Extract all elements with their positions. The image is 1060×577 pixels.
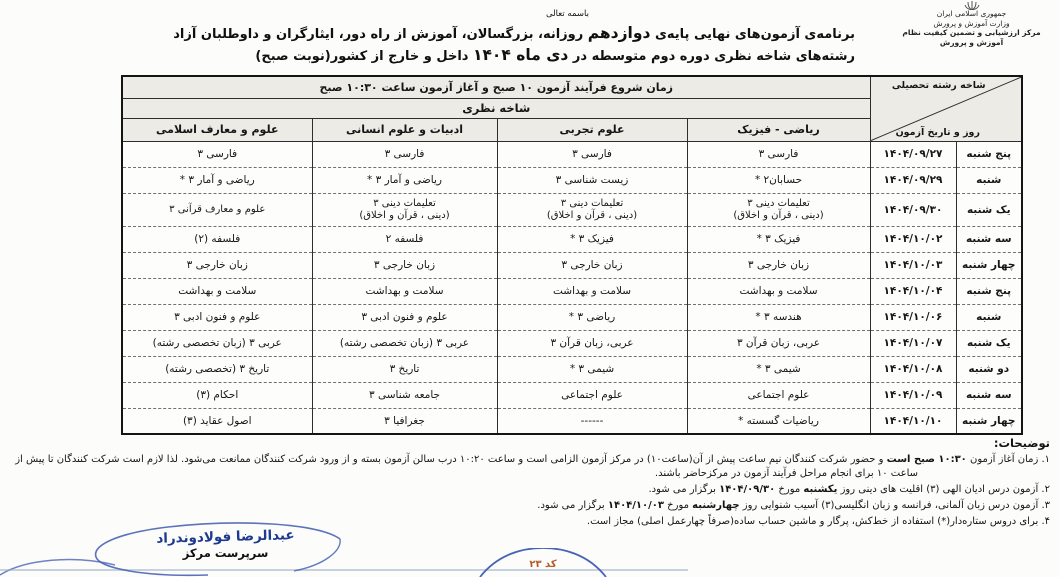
note-item: ۳. آزمون درس زبان آلمانی، فرانسه و زبان …	[6, 499, 1050, 513]
note-item: ۴. برای دروس ستاره‌دار(*) استفاده از خط‌…	[6, 515, 1050, 529]
subject-cell: احکام (۳)	[122, 382, 312, 408]
subject-cell: ریاضی ۳ *	[497, 304, 687, 330]
subject-cell: علوم و معارف قرآنی ۳	[122, 193, 312, 226]
title1-pre: برنامه‌ی آزمون‌های نهایی پایه‌ی	[650, 27, 855, 42]
title-line-2: رشته‌های شاخه نظری دوره دوم متوسطه در دی…	[280, 45, 855, 67]
exam-schedule-table: شاخه رشته تحصیلی روز و تاریخ آزمون زمان …	[121, 75, 1023, 435]
corner-flourish	[0, 553, 115, 577]
table-row: چهار شنبه۱۴۰۴/۱۰/۰۳زبان خارجی ۳زبان خارج…	[122, 252, 1022, 278]
subject-cell: فلسفه (۲)	[122, 226, 312, 252]
subject-cell: ریاضی و آمار ۳ *	[122, 167, 312, 193]
subject-cell: سلامت و بهداشت	[687, 278, 870, 304]
day-cell: پنج شنبه	[956, 278, 1022, 304]
table-row: سه شنبه۱۴۰۴/۱۰/۰۹علوم اجتماعیعلوم اجتماع…	[122, 382, 1022, 408]
subject-cell: تاریخ ۳	[312, 356, 497, 382]
subject-cell: حسابان۲ *	[687, 167, 870, 193]
date-cell: ۱۴۰۴/۰۹/۳۰	[870, 193, 956, 226]
day-cell: شنبه	[956, 167, 1022, 193]
subject-cell: فارسی ۳	[687, 141, 870, 167]
date-cell: ۱۴۰۴/۱۰/۰۳	[870, 252, 956, 278]
subject-cell: عربی ۳ (زبان تخصصی رشته)	[122, 330, 312, 356]
date-cell: ۱۴۰۴/۱۰/۰۶	[870, 304, 956, 330]
subject-cell: علوم و فنون ادبی ۳	[312, 304, 497, 330]
subject-cell: زبان خارجی ۳	[312, 252, 497, 278]
title2-post: داخل و خارج از کشور(نوبت صبح)	[255, 49, 473, 64]
date-cell: ۱۴۰۴/۱۰/۱۰	[870, 408, 956, 434]
date-cell: ۱۴۰۴/۰۹/۲۷	[870, 141, 956, 167]
notes-section: توضیحات: ۱. زمان آغاز آزمون ۱۰:۳۰ صبح اس…	[6, 436, 1050, 531]
subject-cell: سلامت و بهداشت	[312, 278, 497, 304]
title1-grade: دوازدهم	[588, 24, 651, 42]
subject-cell: ریاضیات گسسته *	[687, 408, 870, 434]
table-row: شنبه۱۴۰۴/۱۰/۰۶هندسه ۳ *ریاضی ۳ *علوم و ف…	[122, 304, 1022, 330]
track-header-islamic-sciences: علوم و معارف اسلامی	[122, 118, 312, 141]
subject-cell: عربی ۳ (زبان تخصصی رشته)	[312, 330, 497, 356]
subject-cell: شیمی ۳ *	[497, 356, 687, 382]
date-cell: ۱۴۰۴/۱۰/۰۲	[870, 226, 956, 252]
code-stamp: کد ۲۳	[468, 548, 618, 577]
subject-cell: تاریخ ۳ (تخصصی رشته)	[122, 356, 312, 382]
title1-post: روزانه، بزرگسالان، آموزش از راه دور، ایث…	[173, 27, 588, 42]
table-row: دو شنبه۱۴۰۴/۱۰/۰۸شیمی ۳ *شیمی ۳ *تاریخ ۳…	[122, 356, 1022, 382]
date-cell: ۱۴۰۴/۱۰/۰۸	[870, 356, 956, 382]
subject-cell: فلسفه ۲	[312, 226, 497, 252]
subject-cell: سلامت و بهداشت	[122, 278, 312, 304]
table-row: یک شنبه۱۴۰۴/۱۰/۰۷عربی، زبان قرآن ۳عربی، …	[122, 330, 1022, 356]
document-header: باسمه تعالی برنامه‌ی آزمون‌های نهایی پای…	[280, 9, 855, 67]
corner-branch-label: شاخه رشته تحصیلی	[871, 80, 1008, 91]
subject-cell: زبان خارجی ۳	[497, 252, 687, 278]
note-item: ۲. آزمون درس ادیان الهی (۳) اقلیت های دی…	[6, 483, 1050, 497]
letterhead-ministry: وزارت آموزش و پرورش	[889, 19, 1054, 29]
subject-cell: زبان خارجی ۳	[687, 252, 870, 278]
subject-cell: فارسی ۳	[122, 141, 312, 167]
subject-cell: تعلیمات دینی ۳ (دینی ، قرآن و اخلاق)	[687, 193, 870, 226]
letterhead-country: جمهوری اسلامی ایران	[889, 9, 1054, 19]
date-cell: ۱۴۰۴/۱۰/۰۴	[870, 278, 956, 304]
letterhead: جمهوری اسلامی ایران وزارت آموزش و پرورش …	[889, 1, 1054, 47]
day-cell: شنبه	[956, 304, 1022, 330]
iran-emblem-icon	[889, 1, 1054, 9]
table-row: سه شنبه۱۴۰۴/۱۰/۰۲فیزیک ۳ *فیزیک ۳ *فلسفه…	[122, 226, 1022, 252]
table-row: پنج شنبه۱۴۰۴/۰۹/۲۷فارسی ۳فارسی ۳فارسی ۳ف…	[122, 141, 1022, 167]
signatory-name: عبدالرضا فولادوندراد	[118, 526, 333, 548]
signatory-title: سرپرست مرکز	[118, 546, 333, 560]
table-row: چهار شنبه۱۴۰۴/۱۰/۱۰ریاضیات گسسته *------…	[122, 408, 1022, 434]
subject-cell: جامعه شناسی ۳	[312, 382, 497, 408]
title2-pre: رشته‌های شاخه نظری دوره دوم متوسطه در	[568, 49, 855, 64]
day-cell: پنج شنبه	[956, 141, 1022, 167]
track-header-literature-humanities: ادبیات و علوم انسانی	[312, 118, 497, 141]
subject-cell: عربی، زبان قرآن ۳	[687, 330, 870, 356]
day-cell: دو شنبه	[956, 356, 1022, 382]
day-cell: سه شنبه	[956, 382, 1022, 408]
subject-cell: شیمی ۳ *	[687, 356, 870, 382]
title-line-1: برنامه‌ی آزمون‌های نهایی پایه‌ی دوازدهم …	[280, 23, 855, 45]
subject-cell: عربی، زبان قرآن ۳	[497, 330, 687, 356]
track-header-math-physics: ریاضی - فیزیک	[687, 118, 870, 141]
corner-header-cell: شاخه رشته تحصیلی روز و تاریخ آزمون	[870, 76, 1022, 141]
subject-cell: ------	[497, 408, 687, 434]
subject-cell: فارسی ۳	[497, 141, 687, 167]
subject-cell: زیست شناسی ۳	[497, 167, 687, 193]
subject-cell: جغرافیا ۳	[312, 408, 497, 434]
subject-cell: فیزیک ۳ *	[497, 226, 687, 252]
day-cell: چهار شنبه	[956, 252, 1022, 278]
document-page: جمهوری اسلامی ایران وزارت آموزش و پرورش …	[0, 0, 1060, 577]
table-row: یک شنبه۱۴۰۴/۰۹/۳۰تعلیمات دینی ۳ (دینی ، …	[122, 193, 1022, 226]
notes-heading: توضیحات:	[6, 436, 1050, 450]
signature-block: عبدالرضا فولادوندراد سرپرست مرکز	[118, 529, 333, 560]
subject-cell: ریاضی و آمار ۳ *	[312, 167, 497, 193]
subject-cell: تعلیمات دینی ۳ (دینی ، قرآن و اخلاق)	[497, 193, 687, 226]
subject-cell: زبان خارجی ۳	[122, 252, 312, 278]
day-cell: سه شنبه	[956, 226, 1022, 252]
day-cell: یک شنبه	[956, 193, 1022, 226]
day-cell: یک شنبه	[956, 330, 1022, 356]
date-cell: ۱۴۰۴/۱۰/۰۹	[870, 382, 956, 408]
exam-time-header: زمان شروع فرآیند آزمون ۱۰ صبح و آغاز آزم…	[122, 76, 870, 98]
notes-list: ۱. زمان آغاز آزمون ۱۰:۳۰ صبح است و حضور …	[6, 453, 1050, 529]
schedule-body: پنج شنبه۱۴۰۴/۰۹/۲۷فارسی ۳فارسی ۳فارسی ۳ف…	[122, 141, 1022, 434]
corner-daydate-label: روز و تاریخ آزمون	[881, 127, 996, 138]
table-row: شنبه۱۴۰۴/۰۹/۲۹حسابان۲ *زیست شناسی ۳ریاضی…	[122, 167, 1022, 193]
table-row: پنج شنبه۱۴۰۴/۱۰/۰۴سلامت و بهداشتسلامت و …	[122, 278, 1022, 304]
subject-cell: تعلیمات دینی ۳ (دینی ، قرآن و اخلاق)	[312, 193, 497, 226]
note-item: ۱. زمان آغاز آزمون ۱۰:۳۰ صبح است و حضور …	[6, 453, 1050, 481]
date-cell: ۱۴۰۴/۱۰/۰۷	[870, 330, 956, 356]
date-cell: ۱۴۰۴/۰۹/۲۹	[870, 167, 956, 193]
day-cell: چهار شنبه	[956, 408, 1022, 434]
basmala: باسمه تعالی	[280, 9, 855, 19]
stamp-code-label: کد ۲۳	[468, 559, 618, 570]
letterhead-center: مرکز ارزشیابی و تضمین کیفیت نظام آموزش و…	[889, 28, 1054, 47]
subject-cell: فیزیک ۳ *	[687, 226, 870, 252]
subject-cell: علوم اجتماعی	[497, 382, 687, 408]
subject-cell: علوم اجتماعی	[687, 382, 870, 408]
title2-month: دی ماه ۱۴۰۴	[473, 46, 568, 64]
subject-cell: فارسی ۳	[312, 141, 497, 167]
track-header-experimental-sciences: علوم تجربی	[497, 118, 687, 141]
subject-cell: سلامت و بهداشت	[497, 278, 687, 304]
subject-cell: علوم و فنون ادبی ۳	[122, 304, 312, 330]
subject-cell: هندسه ۳ *	[687, 304, 870, 330]
branch-header: شاخه نظری	[122, 98, 870, 118]
subject-cell: اصول عقاید (۳)	[122, 408, 312, 434]
